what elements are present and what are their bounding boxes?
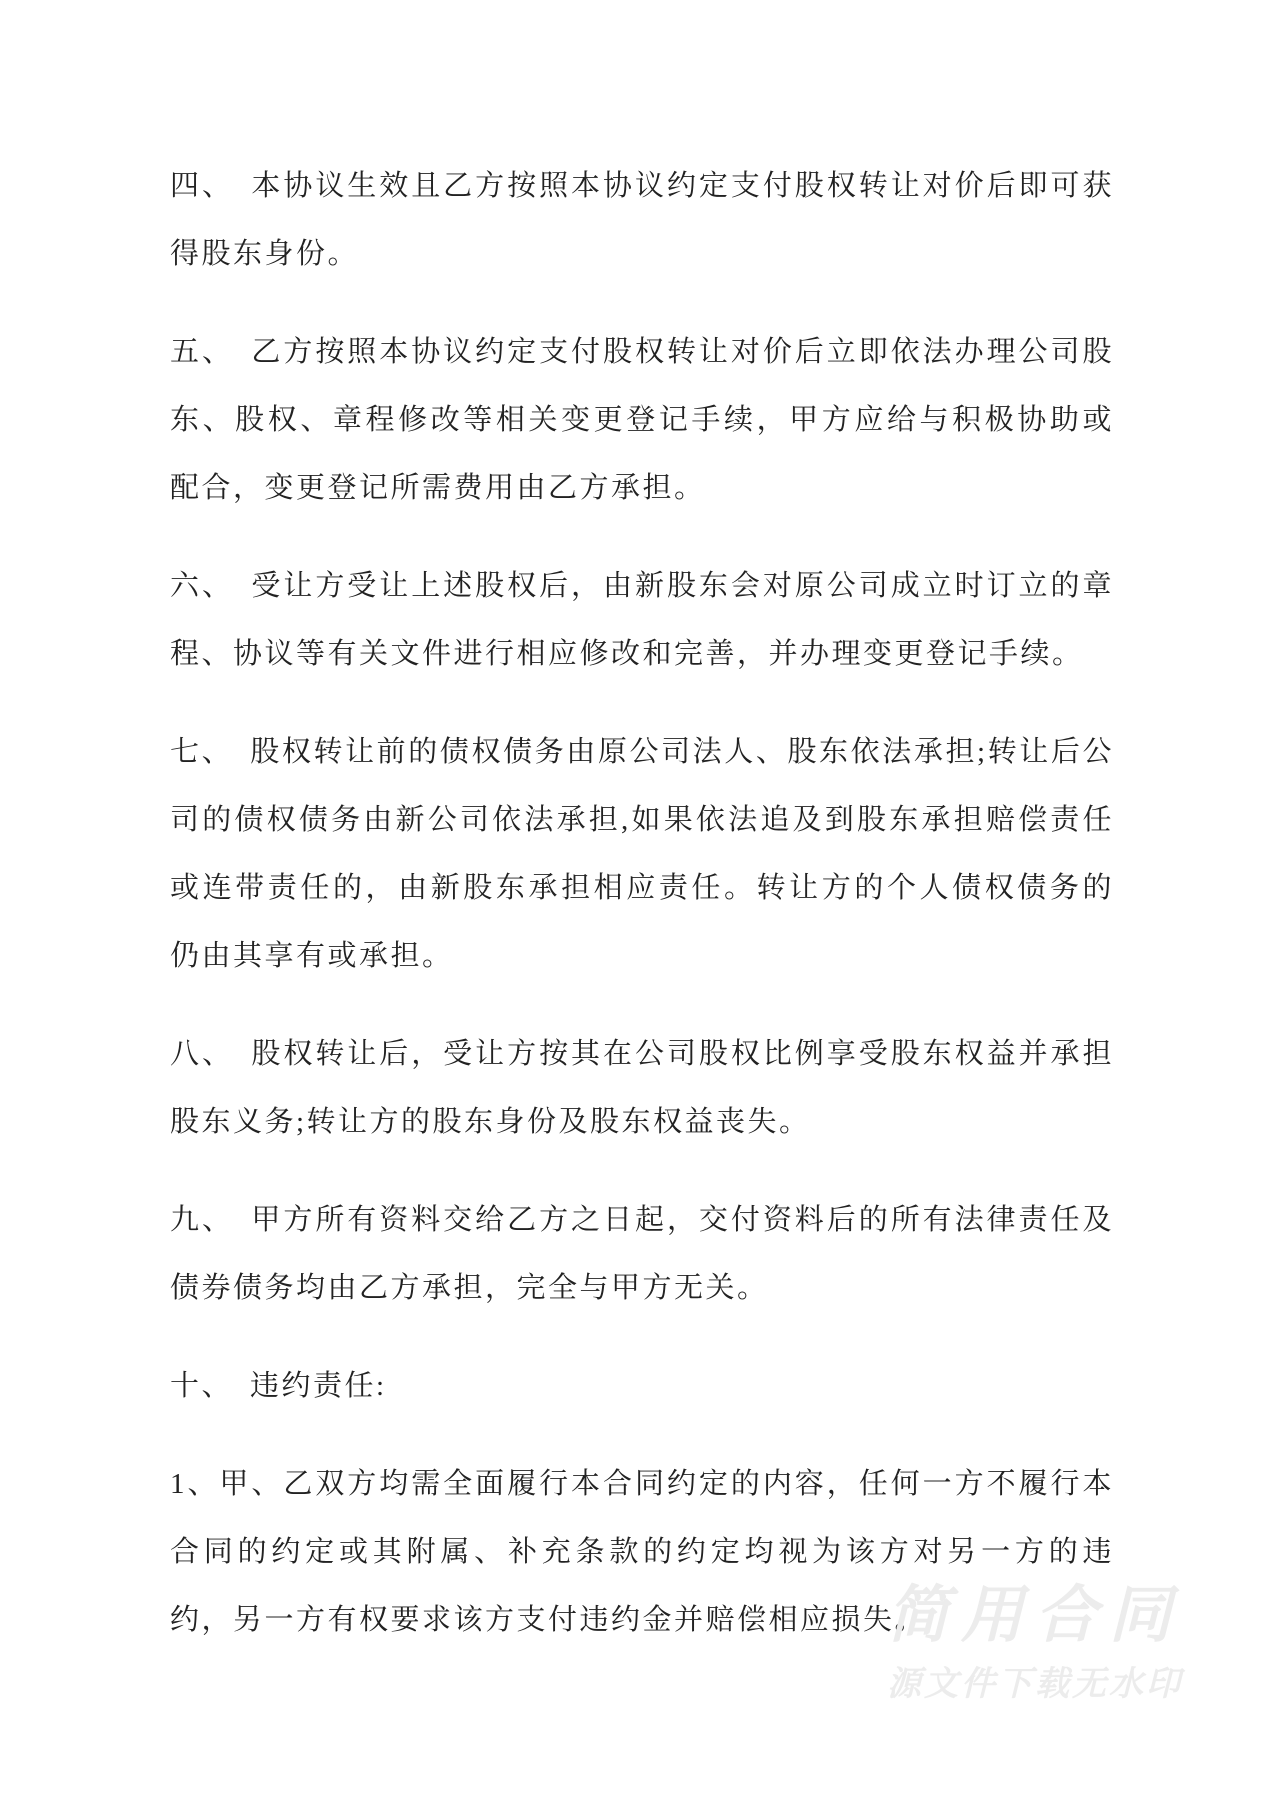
- contract-clause-9: 九、 甲方所有资料交给乙方之日起，交付资料后的所有法律责任及债券债务均由乙方承担…: [170, 1186, 1114, 1322]
- contract-clause-4: 四、 本协议生效且乙方按照本协议约定支付股权转让对价后即可获得股东身份。: [170, 152, 1114, 288]
- contract-clause-8: 八、 股权转让后，受让方按其在公司股权比例享受股东权益并承担股东义务;转让方的股…: [170, 1020, 1114, 1156]
- contract-clause-5: 五、 乙方按照本协议约定支付股权转让对价后立即依法办理公司股东、股权、章程修改等…: [170, 318, 1114, 522]
- contract-subclause-1: 1、甲、乙双方均需全面履行本合同约定的内容，任何一方不履行本合同的约定或其附属、…: [170, 1450, 1114, 1654]
- contract-clause-7: 七、 股权转让前的债权债务由原公司法人、股东依法承担;转让后公司的债权债务由新公…: [170, 718, 1114, 990]
- contract-document: 四、 本协议生效且乙方按照本协议约定支付股权转让对价后即可获得股东身份。 五、 …: [170, 152, 1114, 1684]
- contract-clause-6: 六、 受让方受让上述股权后，由新股东会对原公司成立时订立的章程、协议等有关文件进…: [170, 552, 1114, 688]
- contract-clause-10-heading: 十、 违约责任:: [170, 1352, 1114, 1420]
